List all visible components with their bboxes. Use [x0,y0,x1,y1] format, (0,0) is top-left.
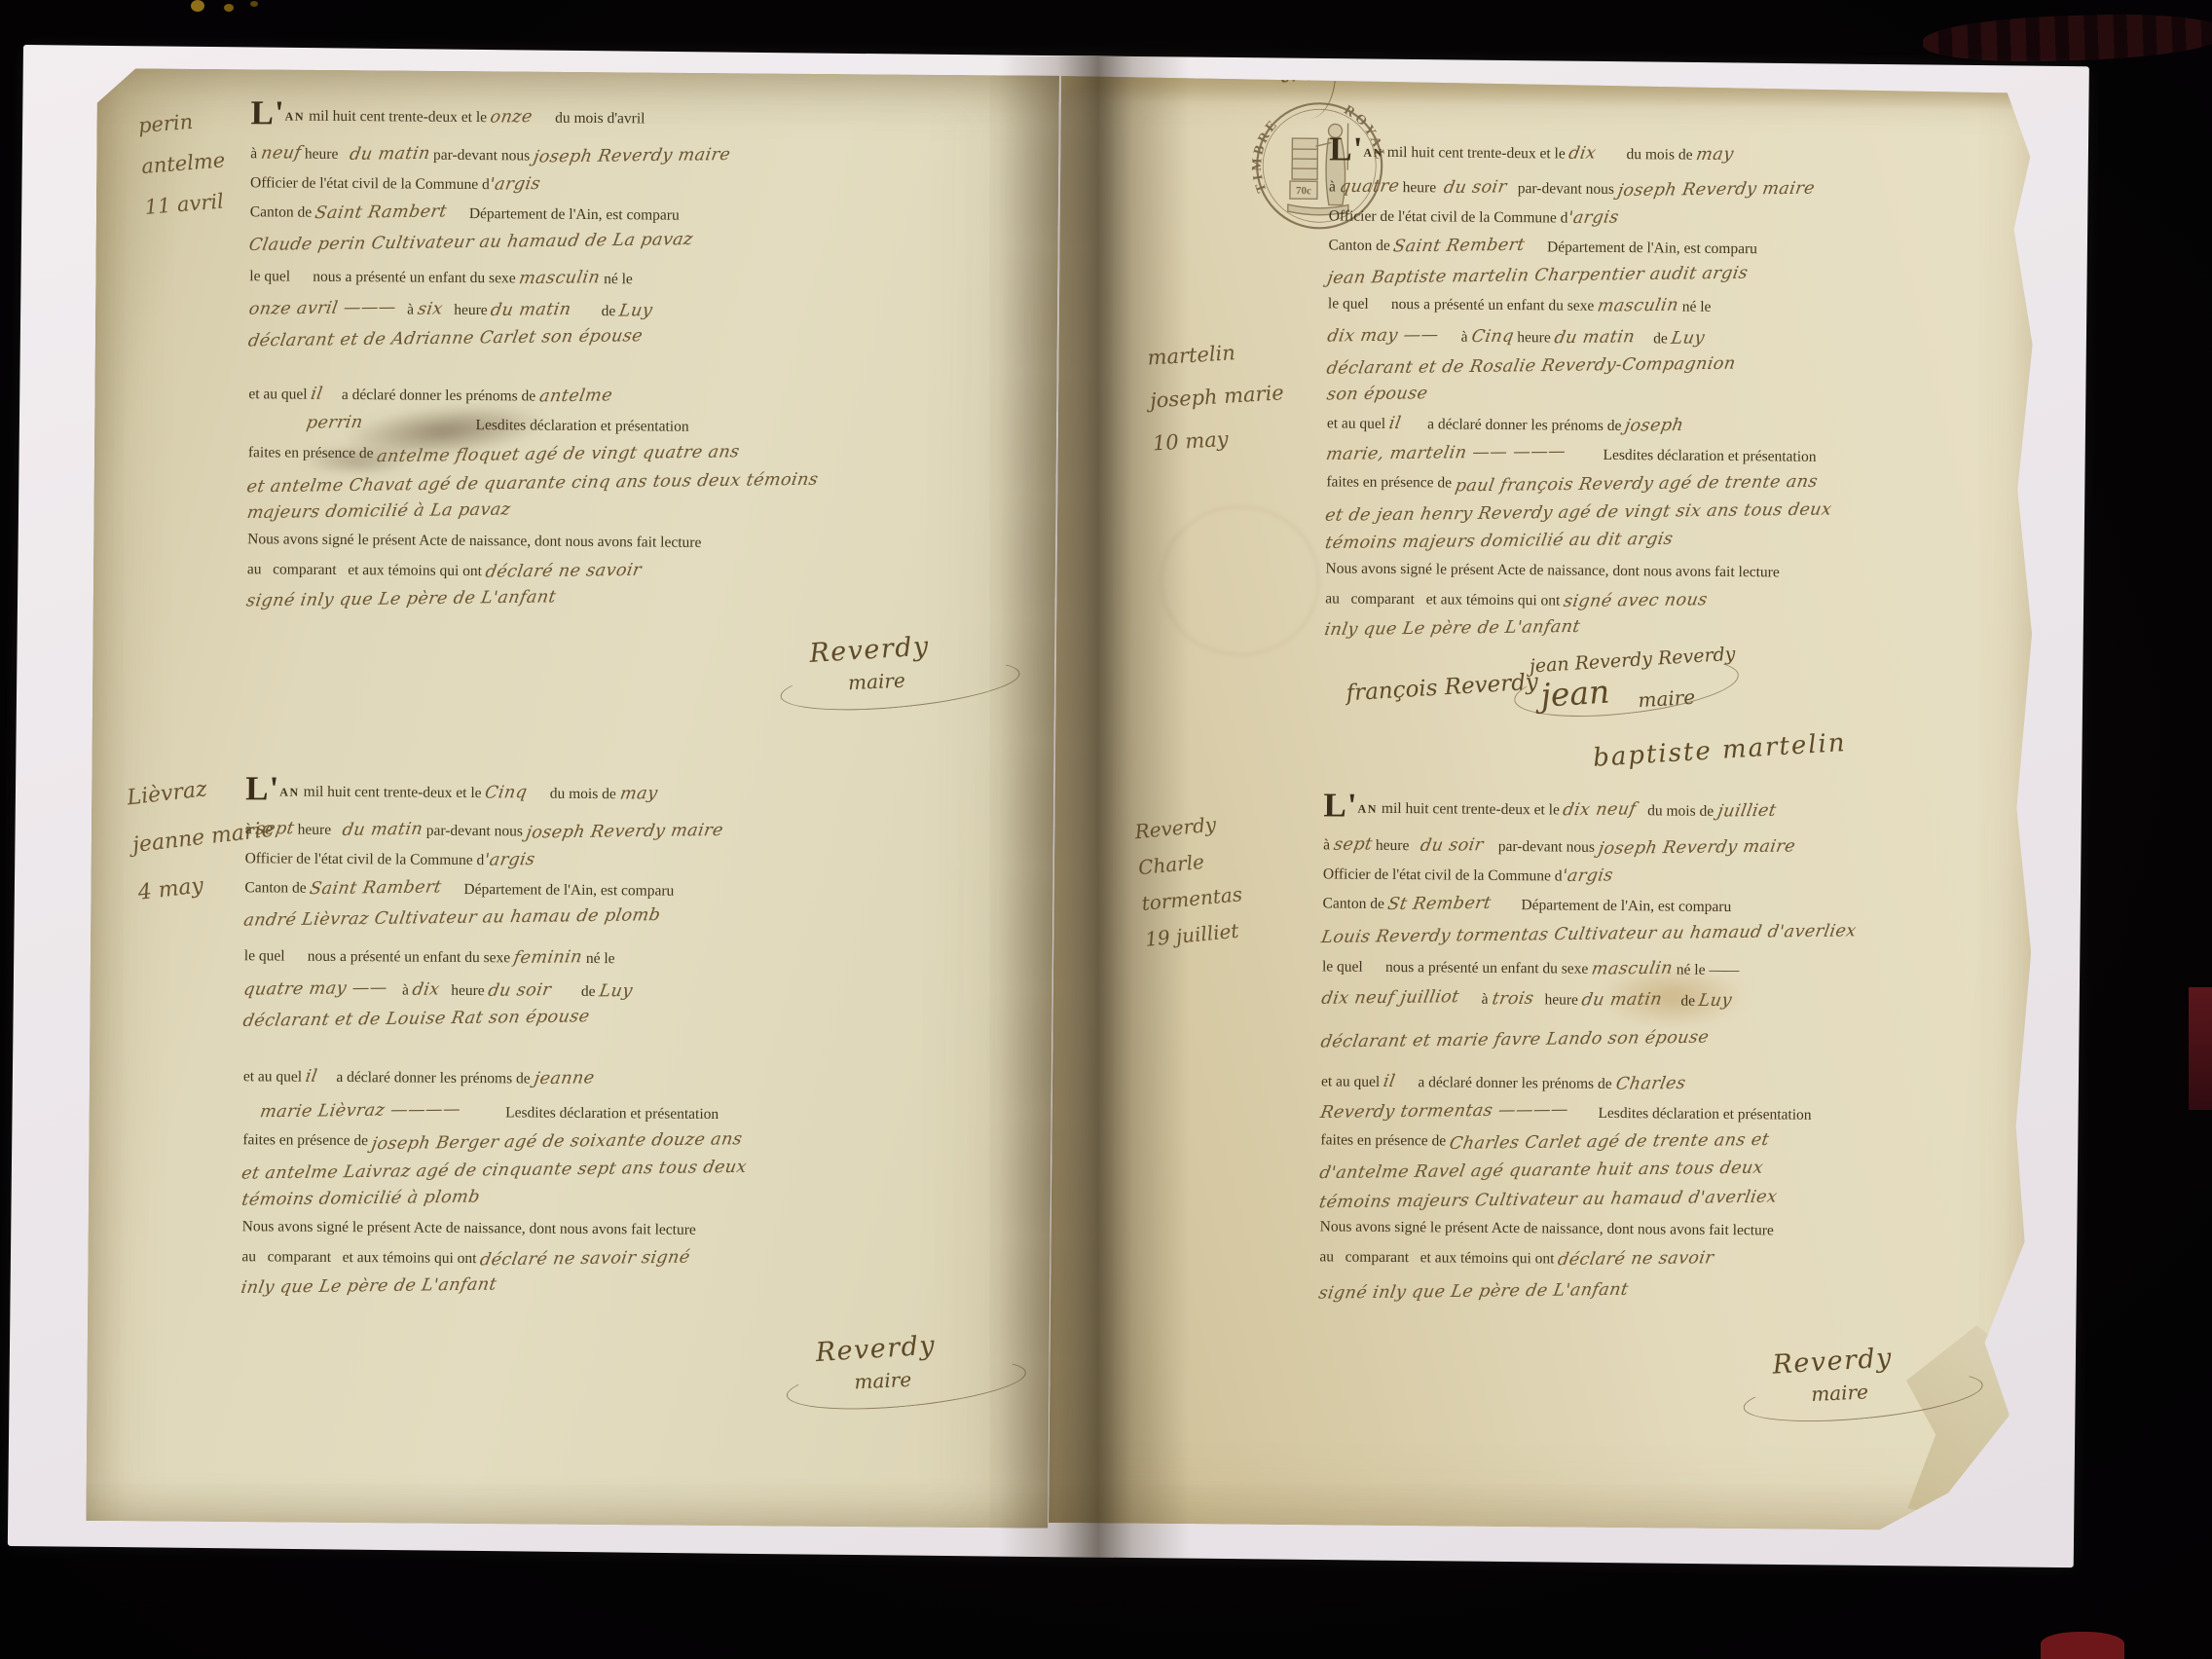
handwritten-text: déclaré ne savoir [1556,1243,1716,1274]
act-line: jean Baptiste martelin Charpentier audit… [1328,259,1832,293]
handwritten-text: sept [1331,829,1374,859]
printed-text: a déclaré donner les prénoms de [317,1069,535,1088]
margin-note-line: 10 may [1152,414,1288,464]
printed-text: heure [1399,179,1444,196]
printed-text: et au quel [1321,1073,1383,1090]
printed-text: heure [1372,837,1420,854]
handwritten-text: onze [488,102,535,132]
act-line: inly que Le père de L'anfant [1325,612,1829,646]
handwritten-text: dix [410,976,442,1005]
margin-note-line: perin [136,98,223,146]
backdrop-red-ornament [1922,11,2212,66]
mayor-signature-role: maire [1638,685,1696,713]
witness-signature: françois Reverdy [1346,669,1539,706]
act-line: L'AN mil huit cent trente-deux et le Cin… [245,776,749,809]
act-line: Nous avons signé le présent Acte de nais… [247,525,817,559]
printed-text: au comparant et aux témoins qui ont [1325,590,1564,608]
printed-text: le quel nous a présenté un enfant du sex… [244,947,514,966]
act-line: et antelme Laivraz agé de cinquante sept… [242,1154,746,1187]
act-line: le quel nous a présenté un enfant du sex… [249,261,819,295]
handwritten-text: dix neuf [1561,794,1639,825]
backdrop-red-edge [2189,987,2212,1110]
act-line: témoins domicilié à plomb [242,1183,746,1216]
printed-text: Lesdites déclaration et présentation [1566,447,1817,465]
handwritten-text: 'argis [487,169,542,200]
printed-text: Nous avons signé le présent Acte de nais… [247,531,701,551]
act-line: déclarant et de Adrianne Carlet son épou… [249,322,819,356]
printed-text: faites en présence de [248,444,378,461]
act-line: Officier de l'état civil de la Commune d… [1329,201,1833,235]
printed-text: du mois de [1636,802,1717,820]
handwritten-text: joseph [1623,411,1686,441]
backdrop-gold-ornament [191,0,204,12]
printed-text: par-devant nous [429,147,534,165]
printed-text: à [395,301,418,317]
act-line: inly que Le père de L'anfant [241,1271,745,1304]
printed-text: heure [440,982,489,999]
printed-text: au comparant et aux témoins qui ont [241,1248,480,1267]
printed-text: faites en présence de [1320,1131,1450,1149]
stamp-ghost [1160,505,1320,656]
handwritten-text: 'argis [482,845,537,875]
handwritten-text: du matin [489,295,573,325]
printed-text: Lesdites déclaration et présentation [362,416,688,435]
handwritten-text: du matin [1552,322,1637,352]
printed-text: Officier de l'état civil de la Commune d [250,174,490,193]
backdrop-red-corner [2041,1632,2124,1659]
handwritten-text: déclaré ne savoir signé [478,1243,693,1275]
mayor-signature-act2: Reverdy maire [815,1334,936,1392]
handwritten-text: neuf [259,138,304,167]
handwritten-text: son épouse [1325,379,1430,409]
act-line: andré Lièvraz Cultivateur au hamau de pl… [244,902,748,935]
handwritten-text: may [1694,140,1736,169]
printed-text: Canton de [1328,237,1393,254]
act-line: et au quel il a déclaré donner les préno… [243,1061,747,1094]
handwritten-text: masculin [517,263,603,293]
printed-text: mil huit cent trente-deux et le [300,784,486,801]
handwritten-text: déclarant et de Adrianne Carlet son épou… [246,321,645,355]
printed-text: à [387,981,412,998]
handwritten-text: quatre may —— [241,974,389,1005]
act-line: Officier de l'état civil de la Commune d… [1323,859,1856,893]
printed-text: Nous avons signé le présent Acte de nais… [242,1218,696,1238]
handwritten-text: et antelme Laivraz agé de cinquante sept… [240,1153,750,1189]
handwritten-text: masculin [1590,954,1676,984]
printed-text: heure [301,146,350,163]
act-line: Canton de Saint Rambert Département de l… [250,197,820,231]
printed-text: heure [443,302,492,318]
act-line: L'AN mil huit cent trente-deux et le dix… [1329,136,1833,170]
handwritten-text: perrin [245,408,365,438]
handwritten-text: 'argis [1560,861,1615,891]
printed-text: de [551,983,600,1000]
act-line: témoins majeurs domicilié au dit argis [1326,525,1830,559]
signature-role: maire [848,668,930,695]
printed-text: par-devant nous [423,823,527,840]
handwritten-text: Louis Reverdy tormentas Cultivateur au h… [1319,916,1859,952]
handwritten-text: juilliet [1715,796,1779,827]
handwritten-text: signé inly que Le père de L'anfant [244,582,559,615]
printed-text: Lesdites déclaration et présentation [461,1104,719,1123]
handwritten-text: masculin [1596,291,1681,321]
act-line: le quel nous a présenté un enfant du sex… [1322,951,1855,985]
handwritten-text: Reverdy tormentas ———— [1318,1095,1571,1127]
printed-text: Canton de [250,203,315,221]
handwritten-text: inly que Le père de L'anfant [239,1271,498,1303]
handwritten-text: du soir [1441,172,1508,203]
handwritten-text: du matin [347,139,431,169]
printed-text: Officier de l'état civil de la Commune d [245,850,485,868]
printed-text: par-devant nous [1506,180,1618,198]
handwritten-text: signé avec nous [1562,585,1711,616]
printed-text: AN [1357,802,1378,816]
margin-note-line: 11 avril [143,180,230,228]
signature-name: Reverdy [815,1331,937,1369]
handwritten-text: témoins domicilié à plomb [240,1183,482,1215]
handwritten-text: déclaré ne savoir [483,556,644,587]
printed-text: à [1458,991,1492,1008]
handwritten-text: joseph Reverdy maire [1615,174,1817,205]
act-line: témoins majeurs Cultivateur au hamaud d'… [1320,1183,1853,1217]
printed-text: AN [1363,146,1383,160]
mayor-signature-act4: Reverdy maire [1772,1346,1893,1404]
handwritten-text: Saint Rambert [308,872,444,903]
act-line: au comparant et aux témoins qui ont décl… [1319,1241,1852,1275]
handwritten-text: Luy [597,977,635,1006]
handwritten-text: du soir [486,976,553,1006]
printed-text: le quel nous a présenté un enfant du sex… [1322,958,1592,977]
act-line: quatre may —— à dix heure du soir de Luy [243,974,747,1007]
act-line: et antelme Chavat agé de quarante cinq a… [248,466,818,500]
handwritten-text: trois [1490,984,1536,1014]
handwritten-text: témoins majeurs Cultivateur au hamaud d'… [1317,1183,1780,1218]
father-signature: baptiste martelin [1592,728,1847,773]
printed-text: au comparant et aux témoins qui ont [247,561,486,579]
act-line: à sept heure du soir par-devant nous jos… [1323,829,1856,864]
act-line: Canton de Saint Rembert Département de l… [1328,230,1832,264]
printed-text: né le [600,271,633,287]
act-line: faites en présence de Charles Carlet agé… [1320,1124,1853,1159]
act-line: et au quel il a déclaré donner les préno… [1327,408,1831,442]
printed-text: mil huit cent trente-deux et le [1383,144,1569,163]
signature-role: maire [854,1367,936,1394]
printed-text: Département de l'Ain, est comparu [447,205,680,224]
printed-text: le quel nous a présenté un enfant du sex… [249,268,519,286]
handwritten-text: joseph Reverdy maire [531,140,732,172]
witness-signature: jean [1539,673,1610,715]
handwritten-text: joseph Reverdy maire [524,816,725,848]
handwritten-text: inly que Le père de L'anfant [1322,612,1582,645]
printed-text: L' [245,769,279,807]
printed-text: L' [1329,129,1363,167]
printed-text: né le —— [1673,962,1740,979]
act-line: et au quel il a déclaré donner les préno… [1321,1066,1854,1100]
handwritten-text: antelme [536,381,614,411]
printed-text: le quel nous a présenté un enfant du sex… [1328,295,1598,313]
photo-of-register: perinantelme11 avril L'AN mil huit cent … [0,0,2212,1659]
act-line: Officier de l'état civil de la Commune d… [245,843,749,876]
handwritten-text: sept [253,814,296,843]
handwritten-text: Charles [1613,1069,1687,1099]
handwritten-text: dix neuf juilliot [1319,982,1461,1014]
act-line: dix may —— à Cinq heure du matin de Luy [1328,320,1832,354]
handwritten-text: Saint Rembert [1391,231,1528,262]
handwritten-text: six [415,295,445,324]
act-line: Louis Reverdy tormentas Cultivateur au h… [1322,917,1855,951]
handwritten-text: onze avril ——— [246,293,398,324]
birth-act-1-body: L'AN mil huit cent trente-deux et le onz… [247,100,821,617]
printed-text: Nous avons signé le présent Acte de nais… [1326,560,1780,580]
signature-role: maire [1811,1379,1893,1406]
handwritten-text: Cinq [1469,322,1516,351]
printed-text: Département de l'Ain, est comparu [441,881,674,900]
printed-text: Lesdites déclaration et présentation [1567,1105,1811,1124]
act-line: Officier de l'état civil de la Commune d… [250,167,820,202]
margin-note-act4: ReverdyCharletormentas19 juilliet [1133,805,1247,958]
handwritten-text: déclarant et marie favre Lando son épous… [1318,1023,1711,1057]
act-line: dix neuf juilliot à trois heure du matin… [1322,982,1855,1016]
handwritten-text: déclarant et de Louise Rat son épouse [240,1002,592,1036]
printed-text: Département de l'Ain, est comparu [1525,239,1757,257]
printed-text: du mois de [1596,146,1696,164]
printed-text: né le [1678,299,1712,315]
printed-text: à [1438,328,1471,345]
act-line: Nous avons signé le présent Acte de nais… [242,1212,746,1245]
act-line: Claude perin Cultivateur au hamaud de La… [249,226,819,260]
handwritten-text: marie, martelin —— ——— [1324,437,1568,469]
printed-text: mil huit cent trente-deux et le [305,108,491,126]
printed-text: Canton de [244,879,310,897]
printed-text: du mois d'avril [533,110,645,128]
handwritten-text: Luy [1696,986,1734,1015]
birth-act-4-body: L'AN mil huit cent trente-deux et le dix… [1319,793,1857,1309]
handwritten-text: Claude perin Cultivateur au hamaud de La… [246,225,695,260]
handwritten-text: Cinq [483,778,530,808]
printed-text: de [1662,992,1699,1009]
handwritten-text: quatre [1337,171,1401,202]
handwritten-text: Saint Rambert [313,197,449,228]
printed-text: Canton de [1323,895,1388,912]
signature-name: Reverdy [808,631,930,669]
act-line: marie, martelin —— ——— Lesdites déclarat… [1327,437,1831,471]
printed-text: Officier de l'état civil de la Commune d [1323,866,1563,884]
act-line: son épouse [1327,379,1831,413]
handwritten-text: du matin [1579,985,1664,1015]
act-line: à neuf heure du matin par-devant nous jo… [250,138,820,172]
handwritten-text: jean Baptiste martelin Charpentier audit… [1325,259,1751,293]
register-left-page: perinantelme11 avril L'AN mil huit cent … [86,68,1059,1529]
act-line: déclarant et marie favre Lando son épous… [1321,1023,1854,1057]
stamp-value-text: 70c [1296,185,1311,197]
handwritten-text: St Rembert [1385,889,1493,919]
printed-text: de [571,303,620,319]
handwritten-text: joseph Reverdy maire [1596,832,1797,864]
act-line: Nous avons signé le présent Acte de nais… [1325,554,1829,588]
act-line: déclarant et de Louise Rat son épouse [243,1003,747,1036]
handwritten-text: du soir [1418,830,1485,861]
birth-act-3-body: L'AN mil huit cent trente-deux et le dix… [1325,136,1834,646]
mayor-signature-act1: Reverdy maire [809,635,930,693]
printed-text: et au quel [1327,415,1389,432]
margin-note-line: antelme [140,139,227,187]
handwritten-text: jeanne [532,1063,597,1093]
handwritten-text: andré Lièvraz Cultivateur au hamau de pl… [241,901,663,936]
handwritten-text: dix [1567,139,1599,168]
printed-text: et au quel [243,1068,306,1086]
act-line: à quatre heure du soir par-devant nous j… [1329,171,1833,205]
handwritten-text: déclarant et de Rosalie Reverdy-Compagni… [1324,350,1738,384]
act-line: le quel nous a présenté un enfant du sex… [1328,288,1832,322]
margin-note-act1: perinantelme11 avril [136,98,230,227]
act-line: Reverdy tormentas ———— Lesdites déclarat… [1321,1095,1854,1129]
stamp-altar [1292,138,1317,179]
margin-note-act3: martelinjoseph marie10 may [1146,328,1287,464]
handwritten-text: marie Lièvraz ———— [240,1095,463,1127]
act-line: le quel nous a présenté un enfant du sex… [244,940,748,974]
printed-text: a déclaré donner les prénoms de [1395,1074,1616,1092]
handwritten-text: dix may —— [1325,320,1441,350]
register-right-page: trois TIMBRE ROYAL 70c [1049,76,2039,1531]
printed-text: a déclaré donner les prénoms de [1401,416,1625,434]
handwritten-text: du matin [340,815,424,845]
printed-text: heure [1533,991,1582,1008]
printed-text: Officier de l'état civil de la Commune d [1329,207,1568,226]
printed-text: Nous avons signé le présent Acte de nais… [1320,1218,1774,1238]
handwritten-text: 'argis [1566,203,1621,233]
act-line: onze avril ——— à six heure du matin de L… [249,293,819,327]
printed-text: faites en présence de [1326,473,1456,491]
printed-text: heure [1513,329,1554,346]
printed-text: mil huit cent trente-deux et le [1378,800,1564,819]
act-line: et de jean henry Reverdy agé de vingt si… [1326,496,1830,530]
printed-text: L' [1323,786,1357,824]
printed-text: faites en présence de [242,1131,372,1149]
act-line: à sept heure du matin par-devant nous jo… [245,814,749,847]
handwritten-text: signé inly que Le père de L'anfant [1316,1275,1631,1309]
handwritten-text: feminin [511,942,584,973]
act-line: signé inly que Le père de L'anfant [247,583,817,617]
handwritten-text: témoins majeurs domicilié au dit argis [1323,525,1676,558]
act-line: signé inly que Le père de L'anfant [1319,1275,1852,1309]
act-line: Nous avons signé le présent Acte de nais… [1320,1212,1853,1246]
act-line: marie Lièvraz ———— Lesdites déclaration … [242,1095,746,1128]
signature-name: Reverdy [1772,1343,1894,1380]
margin-note-line: joseph marie [1149,371,1285,422]
printed-text: L' [250,93,284,131]
birth-act-2-body: L'AN mil huit cent trente-deux et le Cin… [241,776,749,1304]
act-line: L'AN mil huit cent trente-deux et le dix… [1323,793,1856,827]
handwritten-text: may [617,779,659,808]
act-line: Canton de Saint Rambert Département de l… [244,872,748,905]
handwritten-text: majeurs domicilié à La pavaz [244,496,512,528]
stamp-arc-left-text: TIMBRE [1250,116,1282,195]
printed-text: AN [279,785,300,798]
act-line: L'AN mil huit cent trente-deux et le onz… [251,100,821,134]
printed-text: au comparant et aux témoins qui ont [1319,1248,1558,1267]
printed-text: AN [285,110,306,124]
printed-text: par-devant nous [1483,838,1599,856]
printed-text: de [1635,330,1672,347]
printed-text: a déclaré donner les prénoms de [322,387,539,405]
printed-text: heure [294,822,343,838]
printed-text: né le [582,950,615,967]
act-line: majeurs domicilié à La pavaz [247,496,817,530]
handwritten-text: et antelme Chavat agé de quarante cinq a… [244,465,820,502]
printed-text: du mois de [527,785,619,802]
printed-text: Département de l'Ain, est comparu [1491,897,1731,915]
printed-text: et au quel [248,386,311,403]
